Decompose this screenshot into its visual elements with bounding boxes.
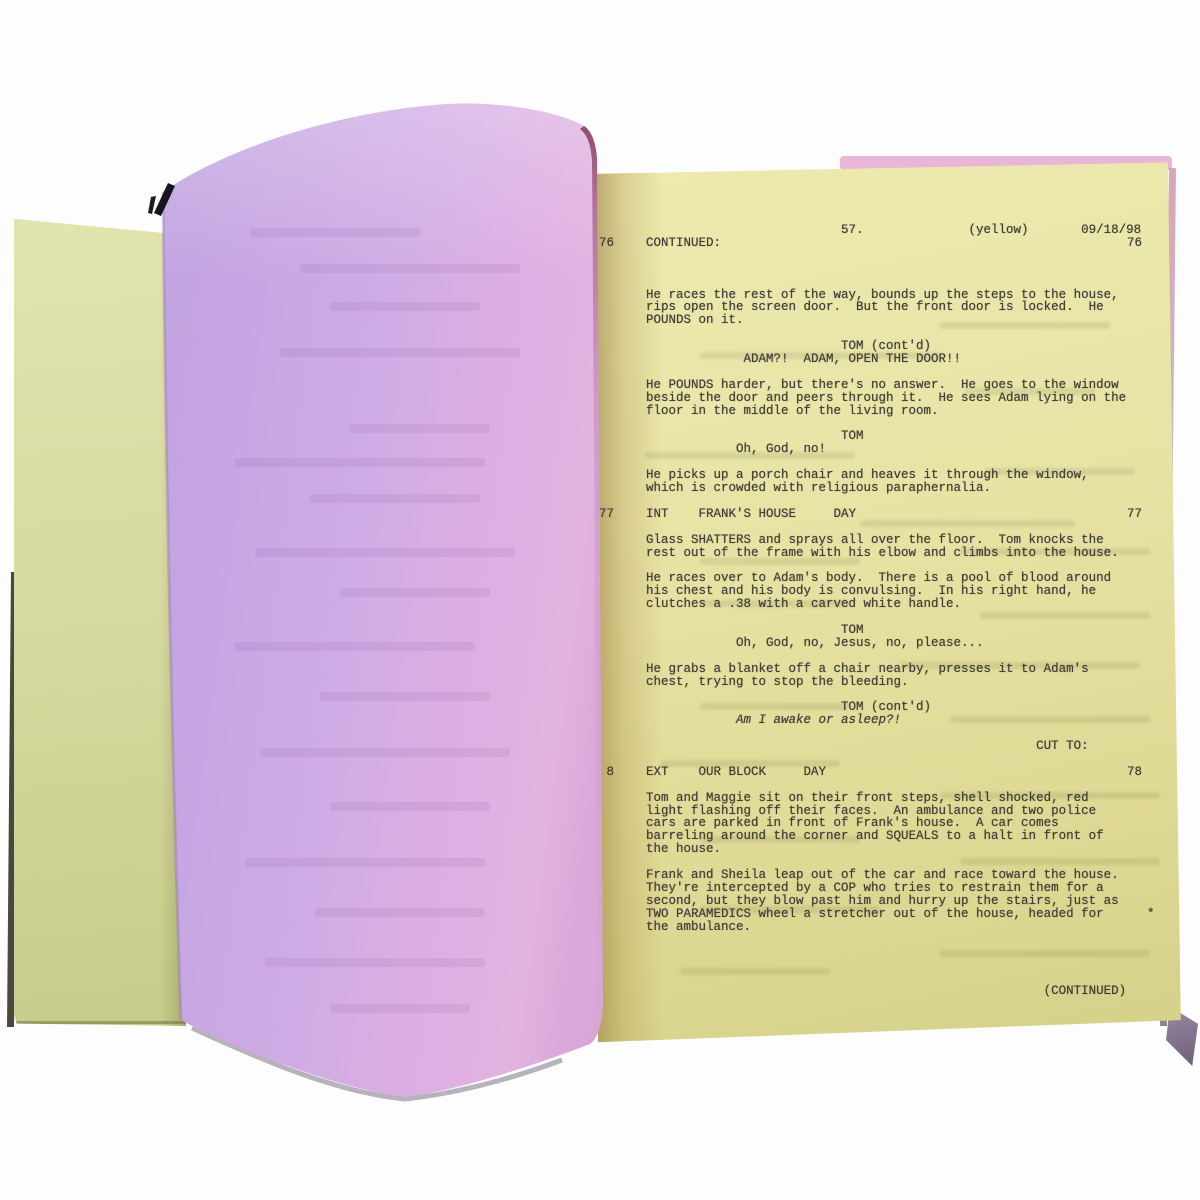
bleed-through-line: [330, 302, 480, 311]
script-text: 57. (yellow) 09/18/98CONTINUED:7676He ra…: [646, 224, 1176, 1024]
script-line: (CONTINUED): [646, 985, 1126, 998]
script-line-text: INT FRANK'S HOUSE DAY: [646, 507, 856, 521]
script-line-text: He POUNDS harder, but there's no answer.…: [646, 378, 1119, 392]
scene-number-left: 8: [598, 766, 614, 779]
script-line-text: CONTINUED:: [646, 236, 721, 250]
script-line-text: floor in the middle of the living room.: [646, 404, 939, 418]
script-line: ADAM?! ADAM, OPEN THE DOOR!!: [646, 353, 961, 366]
bleed-through-line: [320, 692, 490, 701]
script-line-text: Oh, God, no!: [646, 442, 826, 456]
bleed-through-line: [310, 494, 480, 503]
script-line-text: clutches a .38 with a carved white handl…: [646, 597, 961, 611]
script-line-text: which is crowded with religious parapher…: [646, 481, 991, 495]
script-line-text: TWO PARAMEDICS wheel a stretcher out of …: [646, 907, 1104, 921]
bleed-through-line: [260, 748, 510, 757]
bleed-through-line: [300, 264, 520, 273]
script-line: clutches a .38 with a carved white handl…: [646, 598, 961, 611]
left-page-shadow: [160, 214, 186, 1026]
script-line-text: second, but they blow past him and hurry…: [646, 894, 1119, 908]
script-line: which is crowded with religious parapher…: [646, 482, 991, 495]
script-line-text: Frank and Sheila leap out of the car and…: [646, 868, 1119, 882]
script-line-text: POUNDS on it.: [646, 313, 744, 327]
pink-page-bottom-shadow: [192, 1028, 562, 1099]
script-line-text: (CONTINUED): [646, 984, 1126, 998]
script-line-text: the house.: [646, 842, 721, 856]
scene-number-left: 77: [598, 508, 614, 521]
script-line: Am I awake or asleep?!: [646, 714, 901, 727]
bleed-through-line: [350, 424, 490, 433]
script-line: CONTINUED:7676: [646, 237, 721, 250]
script-line-text: TOM: [646, 623, 864, 637]
left-page: [14, 214, 186, 1026]
bleed-through-line: [265, 958, 485, 967]
bleed-through-line: [340, 588, 490, 597]
bleed-through-line: [315, 908, 485, 917]
script-line: floor in the middle of the living room.: [646, 405, 939, 418]
bleed-through-line: [245, 858, 485, 867]
script-line: the house.: [646, 843, 721, 856]
bleed-through-line: [330, 1004, 470, 1013]
bleed-through-line: [255, 548, 515, 557]
ink-mark-small: [148, 196, 156, 214]
bleed-through-line: [280, 348, 520, 357]
revision-star: *: [1147, 908, 1155, 921]
script-line: chest, trying to stop the bleeding.: [646, 676, 909, 689]
scene-number-left: 76: [598, 237, 614, 250]
script-line-text: Glass SHATTERS and sprays all over the f…: [646, 533, 1104, 547]
scene-number-right: 77: [1126, 508, 1142, 521]
bleed-through-line: [235, 458, 485, 467]
script-line-text: 57. (yellow) 09/18/98: [646, 223, 1141, 237]
scene-number-right: 76: [1126, 237, 1142, 250]
script-line-text: He picks up a porch chair and heaves it …: [646, 468, 1089, 482]
bleed-through-line: [330, 802, 490, 811]
script-line: Oh, God, no!: [646, 443, 826, 456]
script-line: Oh, God, no, Jesus, no, please...: [646, 637, 984, 650]
script-line-text: CUT TO:: [646, 739, 1089, 753]
scene-number-right: 78: [1126, 766, 1142, 779]
pink-page-top-sheen: [163, 104, 603, 1097]
script-line-text: They're intercepted by a COP who tries t…: [646, 881, 1104, 895]
script-line-text: beside the door and peers through it. He…: [646, 391, 1126, 405]
ink-mark: [154, 183, 175, 216]
script-line: EXT OUR BLOCK DAY878: [646, 766, 826, 779]
script-line-text: He grabs a blanket off a chair nearby, p…: [646, 662, 1089, 676]
script-line: rest out of the frame with his elbow and…: [646, 547, 1119, 560]
pink-page-surface: [163, 104, 603, 1097]
right-page: 57. (yellow) 09/18/98CONTINUED:7676He ra…: [591, 158, 1182, 1044]
bleed-through-line: [250, 228, 420, 237]
script-line-text: TOM (cont'd): [646, 339, 931, 353]
script-line-text: Am I awake or asleep?!: [646, 713, 901, 727]
script-line: CUT TO:: [646, 740, 1089, 753]
left-page-bottom-edge: [14, 1021, 186, 1024]
script-line-text: the ambulance.: [646, 920, 751, 934]
script-line-text: chest, trying to stop the bleeding.: [646, 675, 909, 689]
script-line-text: EXT OUR BLOCK DAY: [646, 765, 826, 779]
script-line: POUNDS on it.: [646, 314, 744, 327]
script-line: INT FRANK'S HOUSE DAY7777: [646, 508, 856, 521]
bleed-through-line: [235, 642, 475, 651]
pink-bleed-through-text: [235, 228, 520, 1013]
script-photo: 57. (yellow) 09/18/98CONTINUED:7676He ra…: [0, 0, 1200, 1200]
script-line-text: rest out of the frame with his elbow and…: [646, 546, 1119, 560]
script-line-text: Tom and Maggie sit on their front steps,…: [646, 791, 1089, 805]
script-line-text: Oh, God, no, Jesus, no, please...: [646, 636, 984, 650]
script-line-text: ADAM?! ADAM, OPEN THE DOOR!!: [646, 352, 961, 366]
script-line: the ambulance.: [646, 921, 751, 934]
